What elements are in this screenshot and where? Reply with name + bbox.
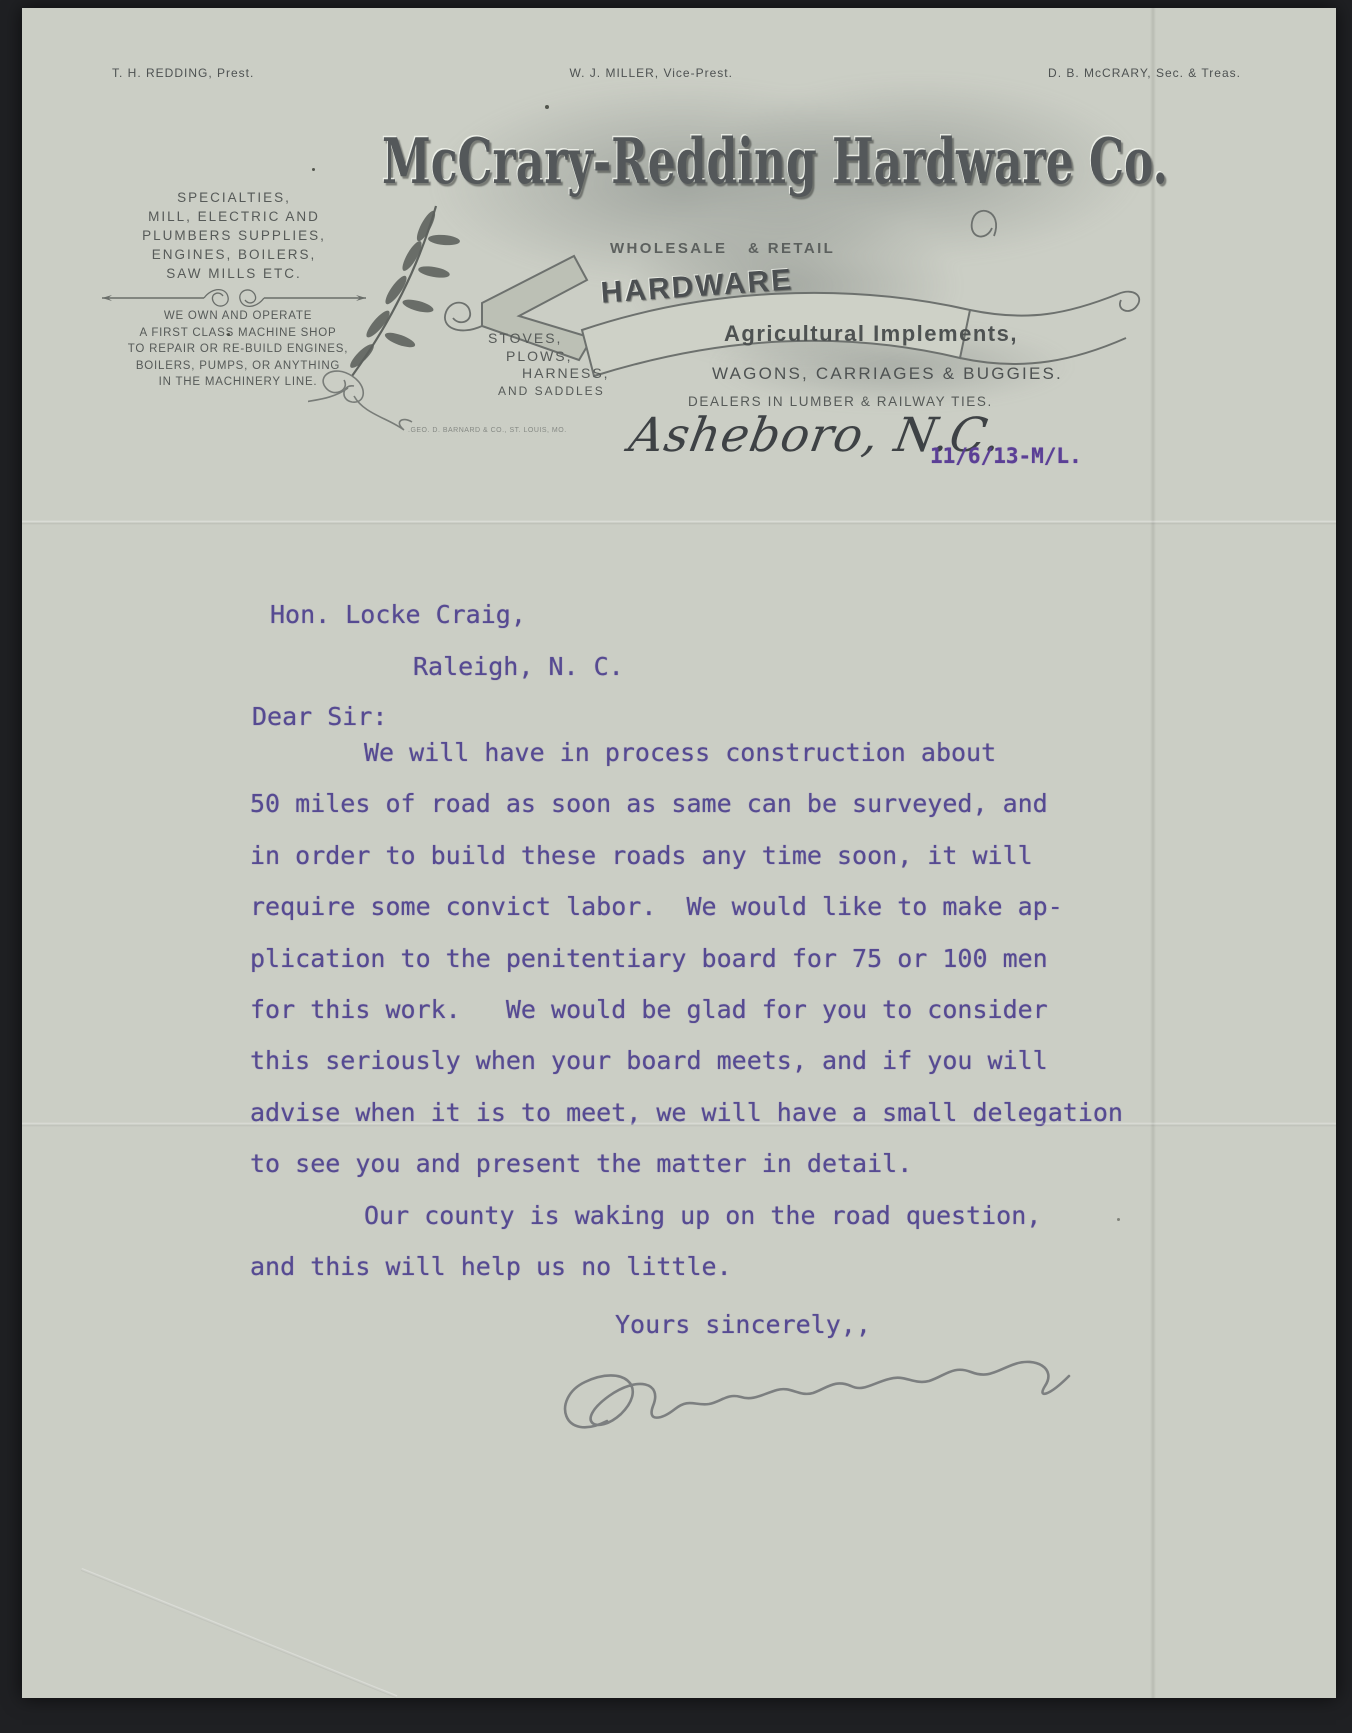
letter-body-line: in order to build these roads any time s… <box>250 841 1123 892</box>
letter-body-line: require some convict labor. We would lik… <box>250 892 1123 943</box>
paper-speck <box>1117 1218 1120 1221</box>
stoves-line: AND SADDLES <box>488 383 610 401</box>
letter-body-line: and this will help us no little. <box>250 1252 1123 1303</box>
letter-body: We will have in process construction abo… <box>250 738 1123 1303</box>
paper-speck <box>545 105 549 109</box>
letter-body-line: We will have in process construction abo… <box>250 738 1123 789</box>
dealers-line: DEALERS IN LUMBER & RAILWAY TIES. <box>688 394 993 409</box>
wagons-line: WAGONS, CARRIAGES & BUGGIES. <box>712 364 1063 384</box>
fold-crease <box>81 1568 397 1698</box>
stoves-line: STOVES, <box>488 330 610 348</box>
letter-body-line: for this work. We would be glad for you … <box>250 995 1123 1046</box>
paper-speck <box>312 168 315 171</box>
letter-body-line: plication to the penitentiary board for … <box>250 944 1123 995</box>
date-typed: 11/6/13-M/L. <box>930 444 1082 468</box>
officer-name: T. H. REDDING, Prest. <box>112 66 254 80</box>
letter-body-line: 50 miles of road as soon as same can be … <box>250 789 1123 840</box>
printer-credit: .GEO. D. BARNARD & CO., ST. LOUIS, MO. <box>408 427 567 434</box>
fold-crease <box>1150 8 1156 1698</box>
salutation: Dear Sir: <box>252 702 387 731</box>
fold-crease <box>22 1122 1336 1127</box>
fold-crease <box>22 520 1336 525</box>
scanned-letter-page: { "page": { "background_color": "#1f2023… <box>0 0 1352 1733</box>
letter-body-line: Our county is waking up on the road ques… <box>250 1201 1123 1252</box>
recipient-line-1: Hon. Locke Craig, <box>270 600 526 629</box>
company-name: McCrary-Redding Hardware Co. <box>382 126 1162 198</box>
stoves-block: STOVES,PLOWS,HARNESS,AND SADDLES <box>488 330 610 400</box>
paper-speck <box>227 333 230 336</box>
implements-line: Agricultural Implements, <box>724 321 1018 347</box>
letter-body-line: this seriously when your board meets, an… <box>250 1046 1123 1097</box>
signature-script <box>537 1326 1097 1456</box>
letter-body-line: to see you and present the matter in det… <box>250 1149 1123 1200</box>
stoves-line: HARNESS, <box>488 365 610 383</box>
letter-paper: T. H. REDDING, Prest.W. J. MILLER, Vice-… <box>22 8 1336 1698</box>
stoves-line: PLOWS, <box>488 348 610 366</box>
recipient-line-2: Raleigh, N. C. <box>413 652 624 681</box>
